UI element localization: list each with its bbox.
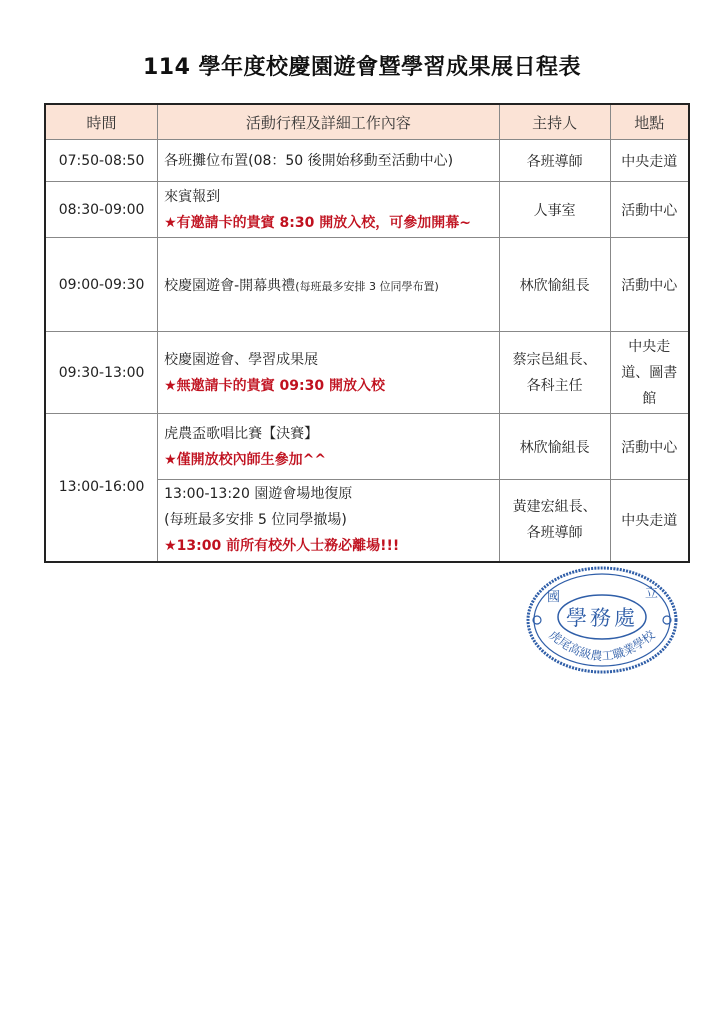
location-line: 道、圖書 <box>617 360 682 386</box>
activity-note: ★無邀請卡的貴賓 09:30 開放入校 <box>164 373 493 399</box>
seal-icon: 國 立 學務處 虎尾高級農工職業學校 <box>525 565 680 675</box>
cell-activity: 各班攤位布置(08：50 後開始移動至活動中心) <box>158 140 500 182</box>
cell-host: 各班導師 <box>499 140 610 182</box>
activity-line: 13:00-13:20 園遊會場地復原 <box>164 481 493 507</box>
cell-host: 林欣愉組長 <box>499 238 610 332</box>
table-row: 09:30-13:00 校慶園遊會、學習成果展 ★無邀請卡的貴賓 09:30 開… <box>45 332 689 414</box>
page-title: 114 學年度校慶園遊會暨學習成果展日程表 <box>0 50 724 81</box>
activity-line: (每班最多安排 5 位同學撤場) <box>164 507 493 533</box>
table-row: 07:50-08:50 各班攤位布置(08：50 後開始移動至活動中心) 各班導… <box>45 140 689 182</box>
cell-time: 13:00-16:00 <box>45 414 158 562</box>
seal-top-right: 立 <box>645 586 658 601</box>
cell-time: 09:00-09:30 <box>45 238 158 332</box>
activity-note: ★13:00 前所有校外人士務必離場!!! <box>164 533 493 559</box>
header-time: 時間 <box>45 104 158 140</box>
cell-host: 黃建宏組長、 各班導師 <box>499 480 610 562</box>
cell-activity: 虎農盃歌唱比賽【決賽】 ★僅開放校內師生參加^^ <box>158 414 500 480</box>
office-seal-stamp: 國 立 學務處 虎尾高級農工職業學校 <box>525 565 680 675</box>
cell-time: 09:30-13:00 <box>45 332 158 414</box>
cell-activity: 13:00-13:20 園遊會場地復原 (每班最多安排 5 位同學撤場) ★13… <box>158 480 500 562</box>
host-line: 各科主任 <box>506 373 604 399</box>
host-line: 黃建宏組長、 <box>506 494 604 520</box>
activity-line: 校慶園遊會、學習成果展 <box>164 347 493 373</box>
table-row: 13:00-16:00 虎農盃歌唱比賽【決賽】 ★僅開放校內師生參加^^ 林欣愉… <box>45 414 689 480</box>
table-row: 08:30-09:00 來賓報到 ★有邀請卡的貴賓 8:30 開放入校，可參加開… <box>45 182 689 238</box>
cell-location: 活動中心 <box>610 238 689 332</box>
activity-line: 虎農盃歌唱比賽【決賽】 <box>164 421 493 447</box>
activity-small-note: (每班最多安排 3 位同學布置) <box>295 280 439 293</box>
cell-time: 07:50-08:50 <box>45 140 158 182</box>
cell-location: 中央走道 <box>610 140 689 182</box>
cell-location: 活動中心 <box>610 414 689 480</box>
header-host: 主持人 <box>499 104 610 140</box>
cell-location: 中央走 道、圖書 館 <box>610 332 689 414</box>
cell-host: 人事室 <box>499 182 610 238</box>
cell-time: 08:30-09:00 <box>45 182 158 238</box>
table-header-row: 時間 活動行程及詳細工作內容 主持人 地點 <box>45 104 689 140</box>
activity-note: ★有邀請卡的貴賓 8:30 開放入校，可參加開幕~ <box>164 210 493 236</box>
cell-activity: 校慶園遊會、學習成果展 ★無邀請卡的貴賓 09:30 開放入校 <box>158 332 500 414</box>
header-activity: 活動行程及詳細工作內容 <box>158 104 500 140</box>
cell-location: 中央走道 <box>610 480 689 562</box>
header-location: 地點 <box>610 104 689 140</box>
host-line: 蔡宗邑組長、 <box>506 347 604 373</box>
seal-center: 學務處 <box>566 606 638 630</box>
activity-main: 校慶園遊會-開幕典禮 <box>164 278 295 294</box>
seal-top-left: 國 <box>547 590 560 605</box>
cell-host: 林欣愉組長 <box>499 414 610 480</box>
cell-location: 活動中心 <box>610 182 689 238</box>
location-line: 中央走 <box>617 334 682 360</box>
schedule-table: 時間 活動行程及詳細工作內容 主持人 地點 07:50-08:50 各班攤位布置… <box>44 103 690 563</box>
location-line: 館 <box>617 386 682 412</box>
activity-line: 來賓報到 <box>164 184 493 210</box>
activity-line: 各班攤位布置(08：50 後開始移動至活動中心) <box>164 148 493 174</box>
host-line: 各班導師 <box>506 520 604 546</box>
activity-note: ★僅開放校內師生參加^^ <box>164 447 493 473</box>
cell-host: 蔡宗邑組長、 各科主任 <box>499 332 610 414</box>
table-row: 09:00-09:30 校慶園遊會-開幕典禮(每班最多安排 3 位同學布置) 林… <box>45 238 689 332</box>
cell-activity: 來賓報到 ★有邀請卡的貴賓 8:30 開放入校，可參加開幕~ <box>158 182 500 238</box>
cell-activity: 校慶園遊會-開幕典禮(每班最多安排 3 位同學布置) <box>158 238 500 332</box>
